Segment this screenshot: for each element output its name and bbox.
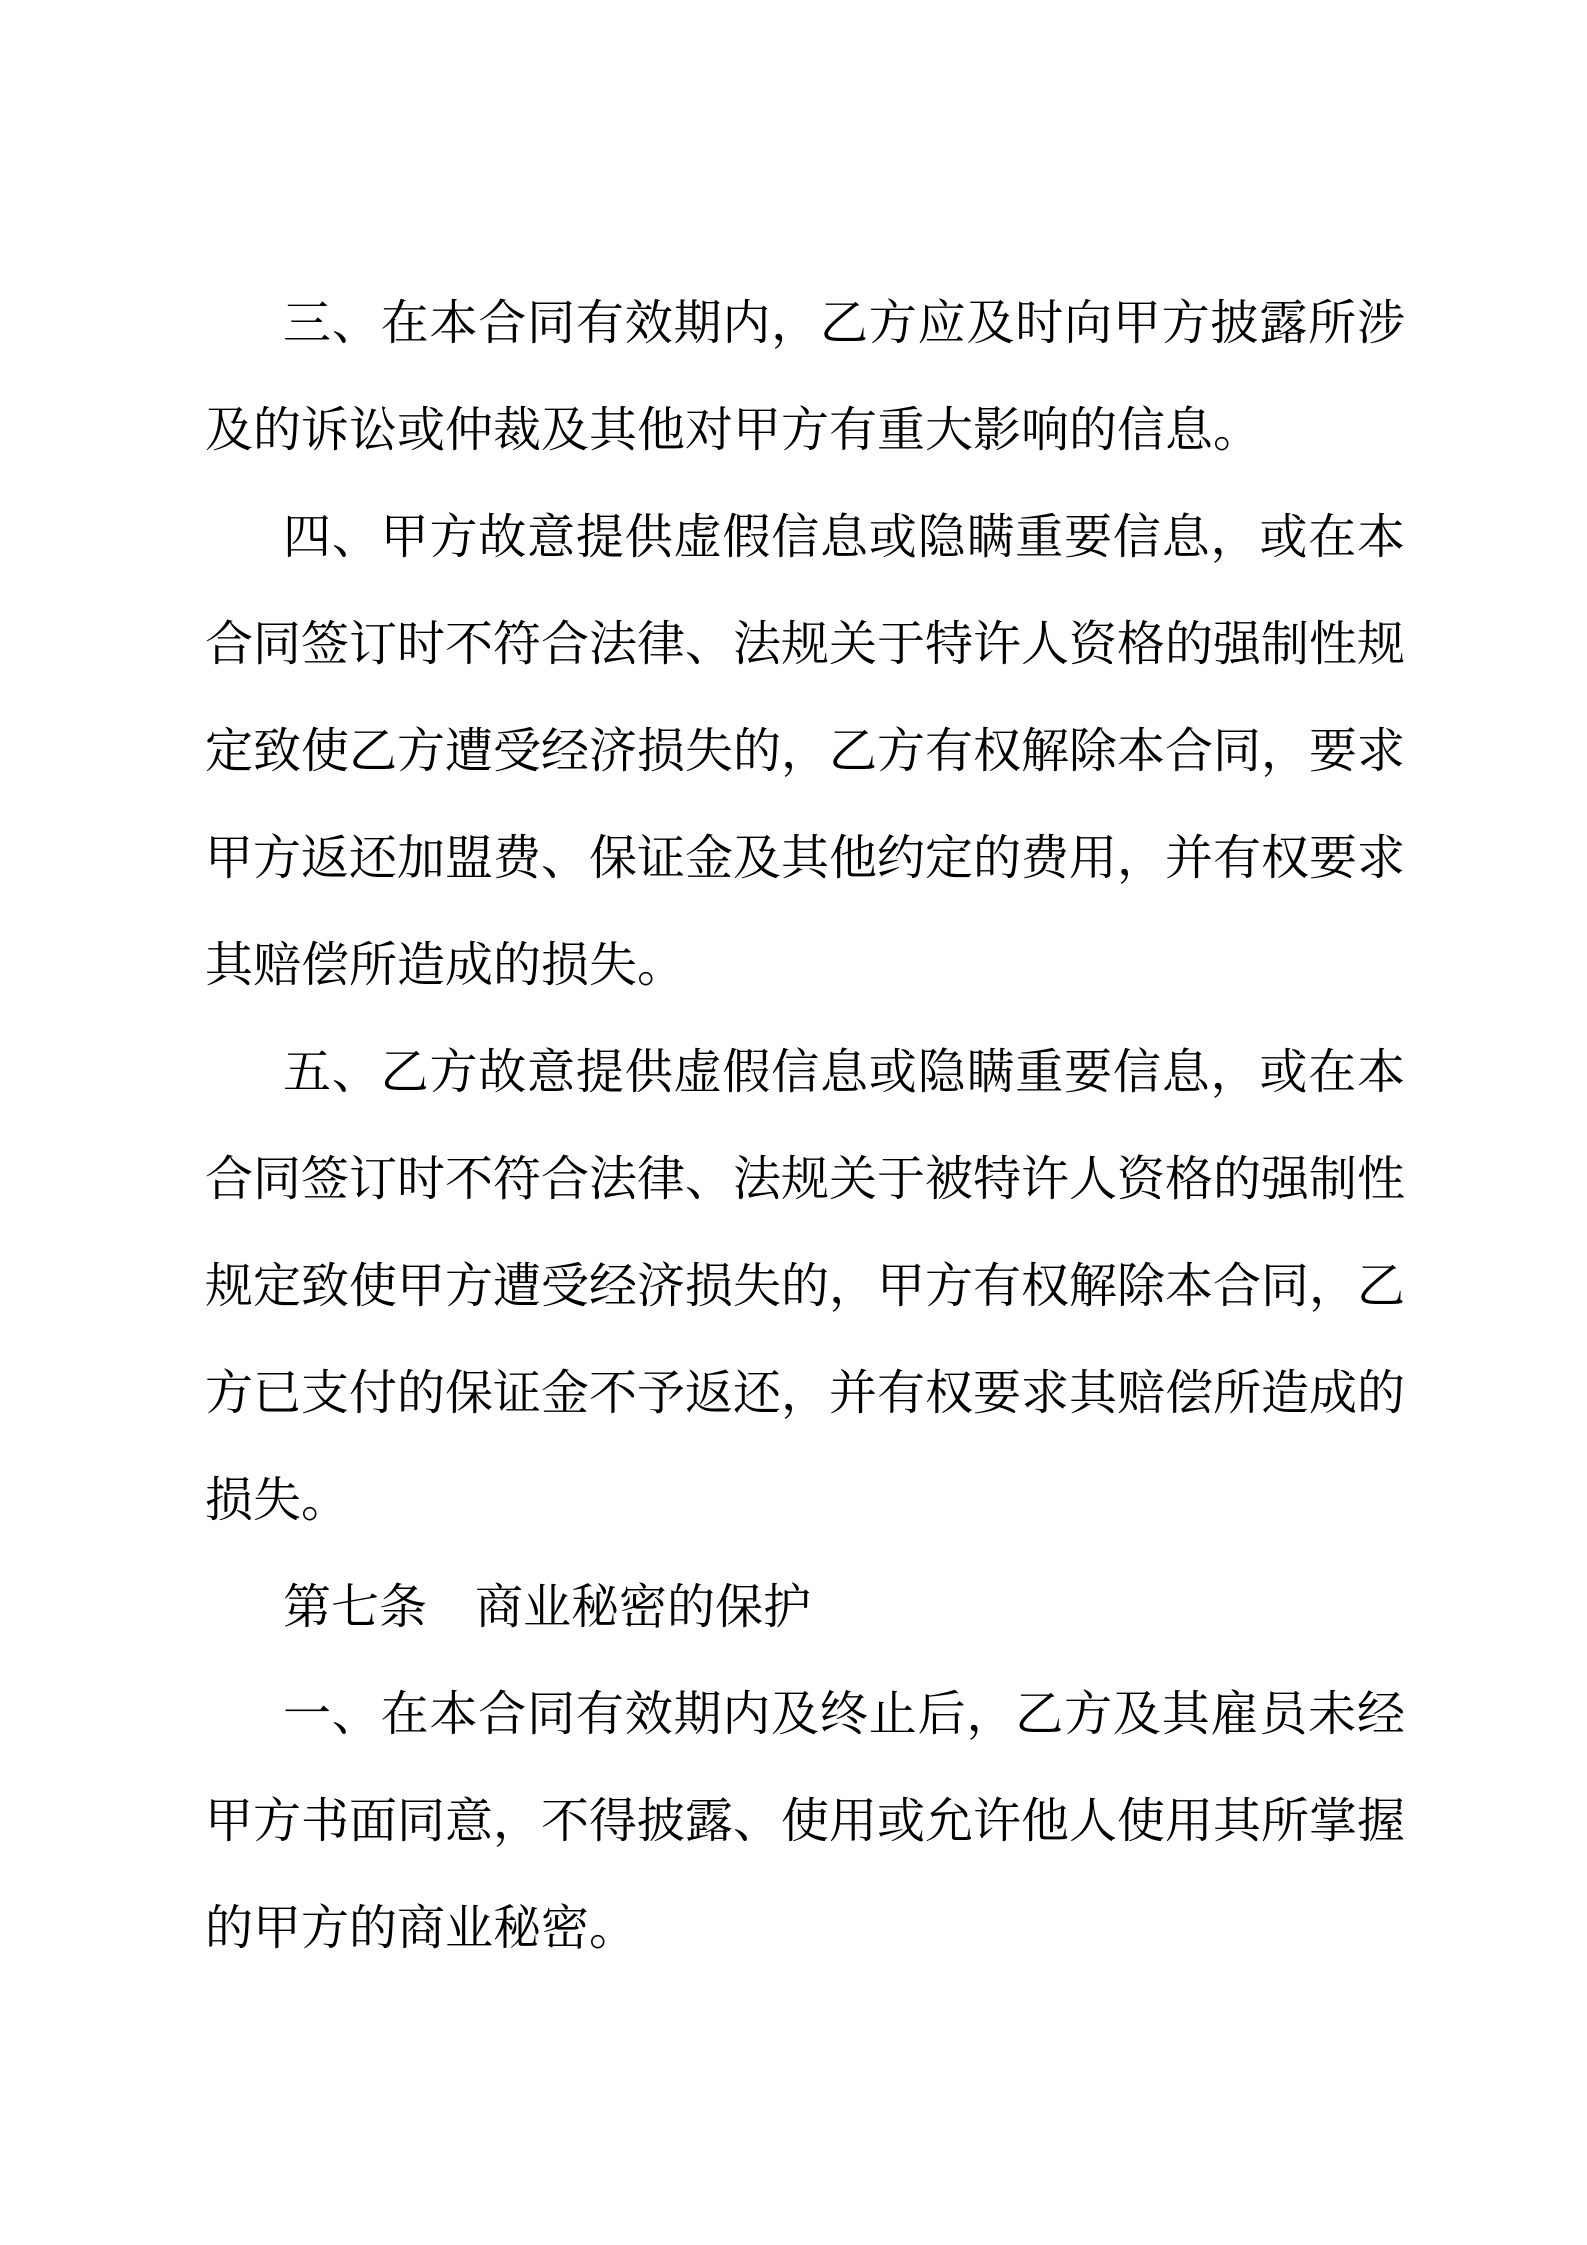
- text-line: 合同签订时不符合法律、法规关于被特许人资格的强制性: [205, 1126, 1405, 1233]
- text-line: 合同签订时不符合法律、法规关于特许人资格的强制性规: [205, 591, 1405, 698]
- text-line: 定致使乙方遭受经济损失的，乙方有权解除本合同，要求: [205, 698, 1405, 805]
- text-line: 三、在本合同有效期内，乙方应及时向甲方披露所涉: [205, 270, 1405, 377]
- text-line: 四、甲方故意提供虚假信息或隐瞒重要信息，或在本: [205, 484, 1405, 591]
- text-line: 方已支付的保证金不予返还，并有权要求其赔偿所造成的: [205, 1340, 1405, 1447]
- text-line: 甲方书面同意，不得披露、使用或允许他人使用其所掌握: [205, 1768, 1405, 1875]
- section-heading: 第七条 商业秘密的保护: [205, 1554, 1405, 1661]
- text-line: 规定致使甲方遭受经济损失的，甲方有权解除本合同，乙: [205, 1233, 1405, 1340]
- text-line: 损失。: [205, 1447, 1405, 1554]
- text-line: 的甲方的商业秘密。: [205, 1875, 1405, 1982]
- text-line: 其赔偿所造成的损失。: [205, 912, 1405, 1019]
- text-line: 及的诉讼或仲裁及其他对甲方有重大影响的信息。: [205, 377, 1405, 484]
- text-line: 一、在本合同有效期内及终止后，乙方及其雇员未经: [205, 1661, 1405, 1768]
- text-line: 甲方返还加盟费、保证金及其他约定的费用，并有权要求: [205, 805, 1405, 912]
- document-body: 三、在本合同有效期内，乙方应及时向甲方披露所涉 及的诉讼或仲裁及其他对甲方有重大…: [205, 270, 1405, 1982]
- document-page: 三、在本合同有效期内，乙方应及时向甲方披露所涉 及的诉讼或仲裁及其他对甲方有重大…: [0, 0, 1587, 2245]
- text-line: 五、乙方故意提供虚假信息或隐瞒重要信息，或在本: [205, 1019, 1405, 1126]
